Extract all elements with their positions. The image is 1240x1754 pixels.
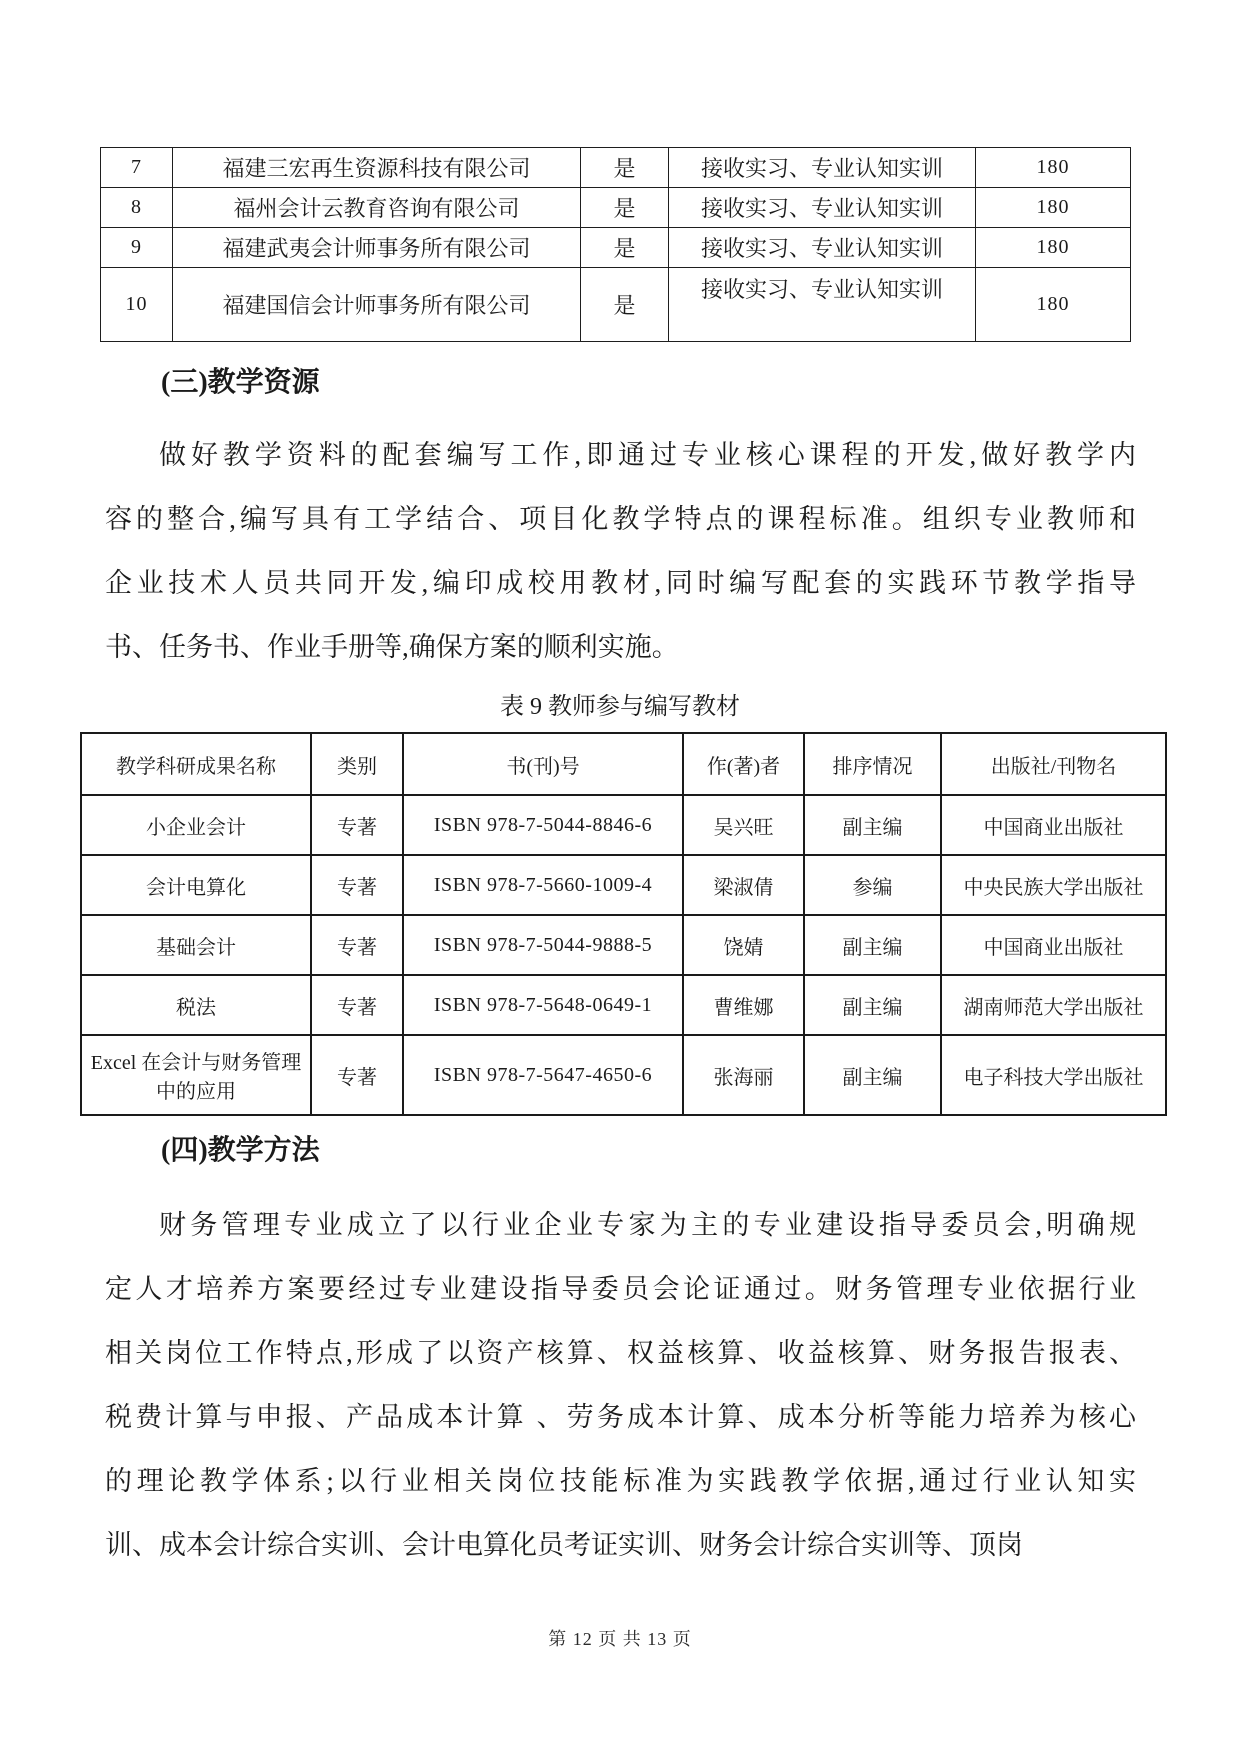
partner-companies-table-body: 7福建三宏再生资源科技有限公司是接收实习、专业认知实训1808福州会计云教育咨询…: [101, 148, 1131, 342]
table-cell: 会计电算化: [81, 855, 311, 915]
table-cell: 基础会计: [81, 915, 311, 975]
table-cell: 税法: [81, 975, 311, 1035]
table-cell: 是: [581, 188, 669, 228]
table-cell: 专著: [311, 795, 403, 855]
table-cell: ISBN 978-7-5648-0649-1: [403, 975, 683, 1035]
table-row: 会计电算化专著ISBN 978-7-5660-1009-4梁淑倩参编中央民族大学…: [81, 855, 1166, 915]
column-header: 类别: [311, 733, 403, 795]
table-cell: 是: [581, 268, 669, 342]
section-heading-teaching-resources: (三)教学资源: [105, 360, 1192, 400]
paragraph-line: 税费计算与申报、产品成本计算 、劳务成本计算、成本分析等能力培养为核心: [105, 1385, 1136, 1449]
column-header: 排序情况: [804, 733, 941, 795]
table-row: 9福建武夷会计师事务所有限公司是接收实习、专业认知实训180: [101, 228, 1131, 268]
table-cell: 接收实习、专业认知实训: [669, 268, 976, 342]
table-cell: 10: [101, 268, 173, 342]
table-cell: ISBN 978-7-5647-4650-6: [403, 1035, 683, 1115]
table-cell: 接收实习、专业认知实训: [669, 188, 976, 228]
table-cell: 福建三宏再生资源科技有限公司: [173, 148, 581, 188]
table-cell: 副主编: [804, 1035, 941, 1115]
table-row: 小企业会计专著ISBN 978-7-5044-8846-6吴兴旺副主编中国商业出…: [81, 795, 1166, 855]
column-header: 教学科研成果名称: [81, 733, 311, 795]
table-cell: 中央民族大学出版社: [941, 855, 1166, 915]
table-cell: 180: [976, 148, 1131, 188]
table-cell: 专著: [311, 1035, 403, 1115]
table-cell: 电子科技大学出版社: [941, 1035, 1166, 1115]
column-header: 作(著)者: [683, 733, 804, 795]
table-cell: Excel 在会计与财务管理中的应用: [81, 1035, 311, 1115]
table-cell: 副主编: [804, 975, 941, 1035]
table-row: 税法专著ISBN 978-7-5648-0649-1曹维娜副主编湖南师范大学出版…: [81, 975, 1166, 1035]
table-row: 7福建三宏再生资源科技有限公司是接收实习、专业认知实训180: [101, 148, 1131, 188]
table-cell: 是: [581, 228, 669, 268]
paragraph-line: 定人才培养方案要经过专业建设指导委员会论证通过。财务管理专业依据行业: [105, 1257, 1136, 1321]
table-cell: 副主编: [804, 795, 941, 855]
table-row: 10福建国信会计师事务所有限公司是接收实习、专业认知实训180: [101, 268, 1131, 342]
table-cell: 专著: [311, 915, 403, 975]
textbook-table-header: 教学科研成果名称类别书(刊)号作(著)者排序情况出版社/刊物名: [81, 733, 1166, 795]
table-header-row: 教学科研成果名称类别书(刊)号作(著)者排序情况出版社/刊物名: [81, 733, 1166, 795]
table-cell: 梁淑倩: [683, 855, 804, 915]
table-cell: 8: [101, 188, 173, 228]
table-cell: 专著: [311, 975, 403, 1035]
table-cell: 是: [581, 148, 669, 188]
table-cell: 接收实习、专业认知实训: [669, 228, 976, 268]
paragraph-line: 相关岗位工作特点,形成了以资产核算、权益核算、收益核算、财务报告报表、: [105, 1321, 1136, 1385]
table-cell: 9: [101, 228, 173, 268]
table-cell: 参编: [804, 855, 941, 915]
table-cell: 副主编: [804, 915, 941, 975]
partner-companies-table: 7福建三宏再生资源科技有限公司是接收实习、专业认知实训1808福州会计云教育咨询…: [100, 147, 1131, 342]
page-number-footer: 第 12 页 共 13 页: [0, 1625, 1240, 1651]
table-row: Excel 在会计与财务管理中的应用专著ISBN 978-7-5647-4650…: [81, 1035, 1166, 1115]
paragraph-line: 容的整合,编写具有工学结合、项目化教学特点的课程标准。组织专业教师和: [105, 487, 1136, 551]
table-cell: 180: [976, 188, 1131, 228]
section-heading-teaching-methods: (四)教学方法: [105, 1128, 1192, 1168]
table-cell: 福州会计云教育咨询有限公司: [173, 188, 581, 228]
table-cell: 中国商业出版社: [941, 795, 1166, 855]
table-cell: 180: [976, 228, 1131, 268]
table9-caption: 表 9 教师参与编写教材: [0, 686, 1240, 721]
textbook-table: 教学科研成果名称类别书(刊)号作(著)者排序情况出版社/刊物名 小企业会计专著I…: [80, 732, 1167, 1116]
table-row: 基础会计专著ISBN 978-7-5044-9888-5饶婧副主编中国商业出版社: [81, 915, 1166, 975]
paragraph-line: 书、任务书、作业手册等,确保方案的顺利实施。: [105, 615, 1136, 679]
table-cell: 中国商业出版社: [941, 915, 1166, 975]
column-header: 书(刊)号: [403, 733, 683, 795]
table-cell: 吴兴旺: [683, 795, 804, 855]
table-cell: 福建武夷会计师事务所有限公司: [173, 228, 581, 268]
table-cell: 7: [101, 148, 173, 188]
table-cell: 湖南师范大学出版社: [941, 975, 1166, 1035]
paragraph-line: 训、成本会计综合实训、会计电算化员考证实训、财务会计综合实训等、顶岗: [105, 1513, 1136, 1577]
table-row: 8福州会计云教育咨询有限公司是接收实习、专业认知实训180: [101, 188, 1131, 228]
table-cell: 饶婧: [683, 915, 804, 975]
document-page: 7福建三宏再生资源科技有限公司是接收实习、专业认知实训1808福州会计云教育咨询…: [0, 0, 1240, 1754]
column-header: 出版社/刊物名: [941, 733, 1166, 795]
paragraph-teaching-methods: 财务管理专业成立了以行业企业专家为主的专业建设指导委员会,明确规定人才培养方案要…: [105, 1193, 1136, 1577]
table-cell: 180: [976, 268, 1131, 342]
table-cell: ISBN 978-7-5044-9888-5: [403, 915, 683, 975]
paragraph-line: 财务管理专业成立了以行业企业专家为主的专业建设指导委员会,明确规: [105, 1193, 1136, 1257]
table-cell: 张海丽: [683, 1035, 804, 1115]
paragraph-line: 企业技术人员共同开发,编印成校用教材,同时编写配套的实践环节教学指导: [105, 551, 1136, 615]
table-cell: 福建国信会计师事务所有限公司: [173, 268, 581, 342]
table-cell: ISBN 978-7-5044-8846-6: [403, 795, 683, 855]
paragraph-line: 的理论教学体系;以行业相关岗位技能标准为实践教学依据,通过行业认知实: [105, 1449, 1136, 1513]
textbook-table-body: 小企业会计专著ISBN 978-7-5044-8846-6吴兴旺副主编中国商业出…: [81, 795, 1166, 1115]
table-cell: 专著: [311, 855, 403, 915]
table-cell: 接收实习、专业认知实训: [669, 148, 976, 188]
table-cell: ISBN 978-7-5660-1009-4: [403, 855, 683, 915]
paragraph-line: 做好教学资料的配套编写工作,即通过专业核心课程的开发,做好教学内: [105, 423, 1136, 487]
table-cell: 小企业会计: [81, 795, 311, 855]
paragraph-teaching-resources: 做好教学资料的配套编写工作,即通过专业核心课程的开发,做好教学内容的整合,编写具…: [105, 423, 1136, 679]
table-cell: 曹维娜: [683, 975, 804, 1035]
